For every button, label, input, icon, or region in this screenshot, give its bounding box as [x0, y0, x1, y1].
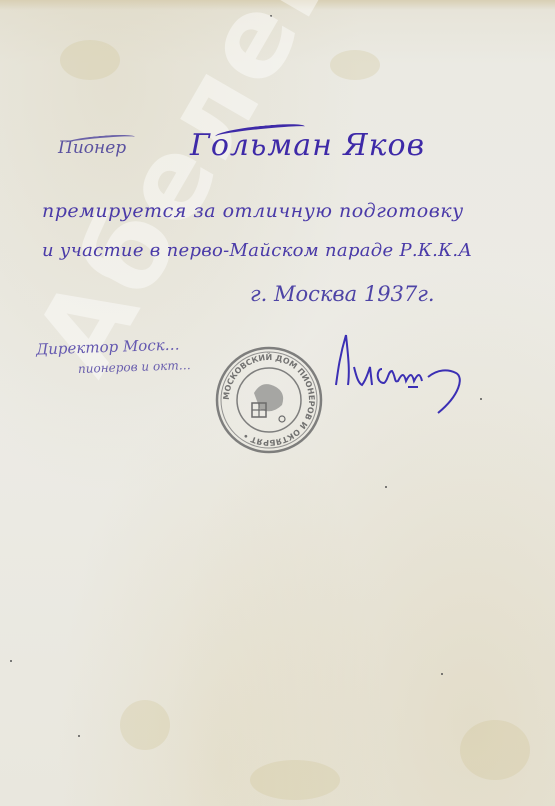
paper-stain — [250, 760, 340, 800]
document-page: Абелевку Пионер Гольман Яков премируется… — [0, 0, 555, 806]
signatory-title: Директор Моск… — [36, 335, 180, 358]
paper-stain — [460, 720, 530, 780]
paper-stain — [330, 50, 380, 80]
award-line-2: и участие в перво-Майском параде Р.К.К.А — [42, 240, 472, 261]
place-date: г. Москва 1937г. — [250, 282, 435, 306]
signature-icon — [318, 325, 488, 420]
paper-speck — [441, 673, 443, 675]
paper-speck — [78, 735, 80, 737]
paper-speck — [385, 486, 387, 488]
paper-stain — [60, 40, 120, 80]
award-line-1: премируется за отличную подготовку — [42, 200, 464, 222]
signatory-subtitle: пионеров и окт… — [78, 358, 191, 376]
paper-speck — [10, 660, 12, 662]
official-stamp-icon: МОСКОВСКИЙ ДОМ ПИОНЕРОВ И ОКТЯБРЯТ • — [214, 345, 324, 455]
title-prefix: Пионер — [58, 138, 126, 158]
paper-stain — [120, 700, 170, 750]
recipient-name: Гольман Яков — [190, 128, 425, 163]
